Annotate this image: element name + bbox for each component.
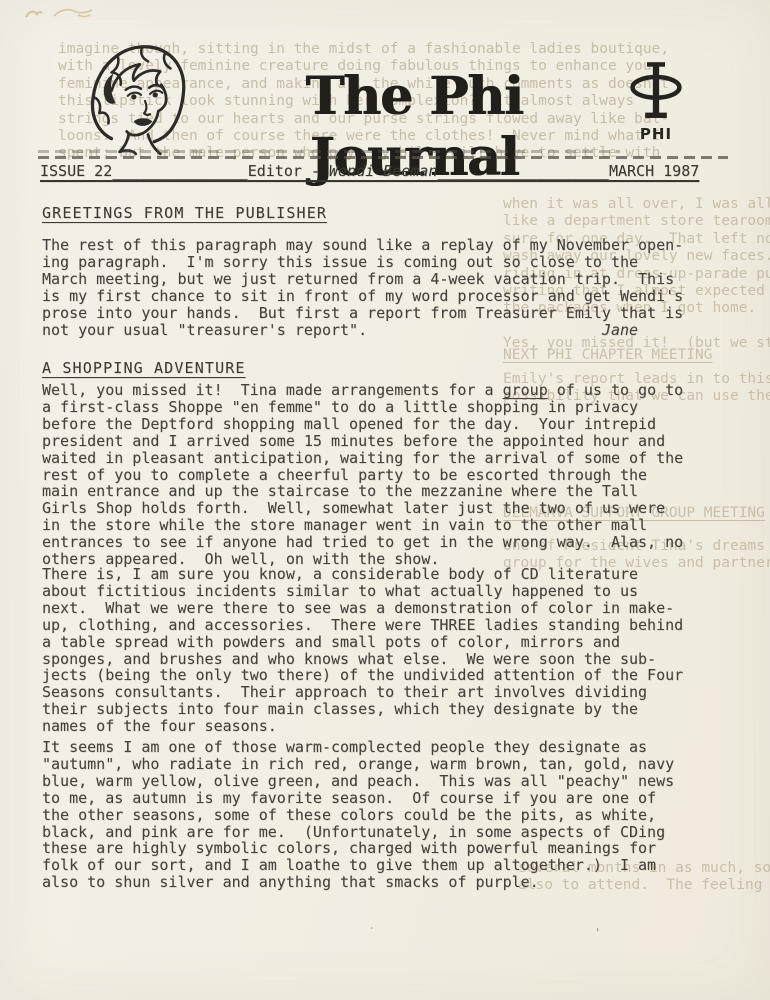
scan-speck: .: [368, 918, 375, 932]
dashed-rule: [38, 150, 620, 153]
phi-label: PHI: [627, 125, 685, 143]
phi-symbol-icon: [629, 62, 683, 120]
masthead-filler: _______________: [112, 162, 247, 180]
scanned-newsletter-page: imagine though, sitting in the midst of …: [0, 0, 770, 1000]
masthead-editor-name: Wendi Beeman: [329, 162, 437, 180]
section-heading-shopping: A SHOPPING ADVENTURE: [42, 359, 732, 377]
phi-logo: PHI: [627, 62, 685, 143]
masthead-date: MARCH 1987: [609, 162, 699, 180]
masthead-row: ISSUE 22_______________Editor - Wendi Be…: [40, 162, 726, 180]
paragraph-greetings: The rest of this paragraph may sound lik…: [42, 237, 732, 338]
masthead-issue: ISSUE 22: [40, 162, 112, 180]
paragraph-text: The rest of this paragraph may sound lik…: [42, 236, 683, 339]
paragraph-text: Well, you missed it! Tina made arrangeme…: [42, 381, 503, 399]
pencil-annotation: [20, 2, 112, 26]
underlined-word: group: [503, 381, 548, 399]
masthead-editor-prefix: Editor -: [248, 162, 329, 180]
masthead-filler: ___________________: [437, 162, 609, 180]
dashed-rule: [38, 156, 728, 159]
scan-speck: ': [594, 926, 601, 940]
paragraph-shopping-2: There is, I am sure you know, a consider…: [42, 566, 732, 735]
woman-face-logo-icon: [80, 40, 204, 162]
paragraph-shopping-1: Well, you missed it! Tina made arrangeme…: [42, 382, 732, 568]
signature: Jane: [602, 321, 638, 339]
paragraph-text: of us to go to a first-class Shoppe "en …: [42, 381, 683, 568]
section-heading-greetings: GREETINGS FROM THE PUBLISHER: [42, 204, 732, 222]
paragraph-shopping-3: It seems I am one of those warm-complect…: [42, 739, 732, 891]
